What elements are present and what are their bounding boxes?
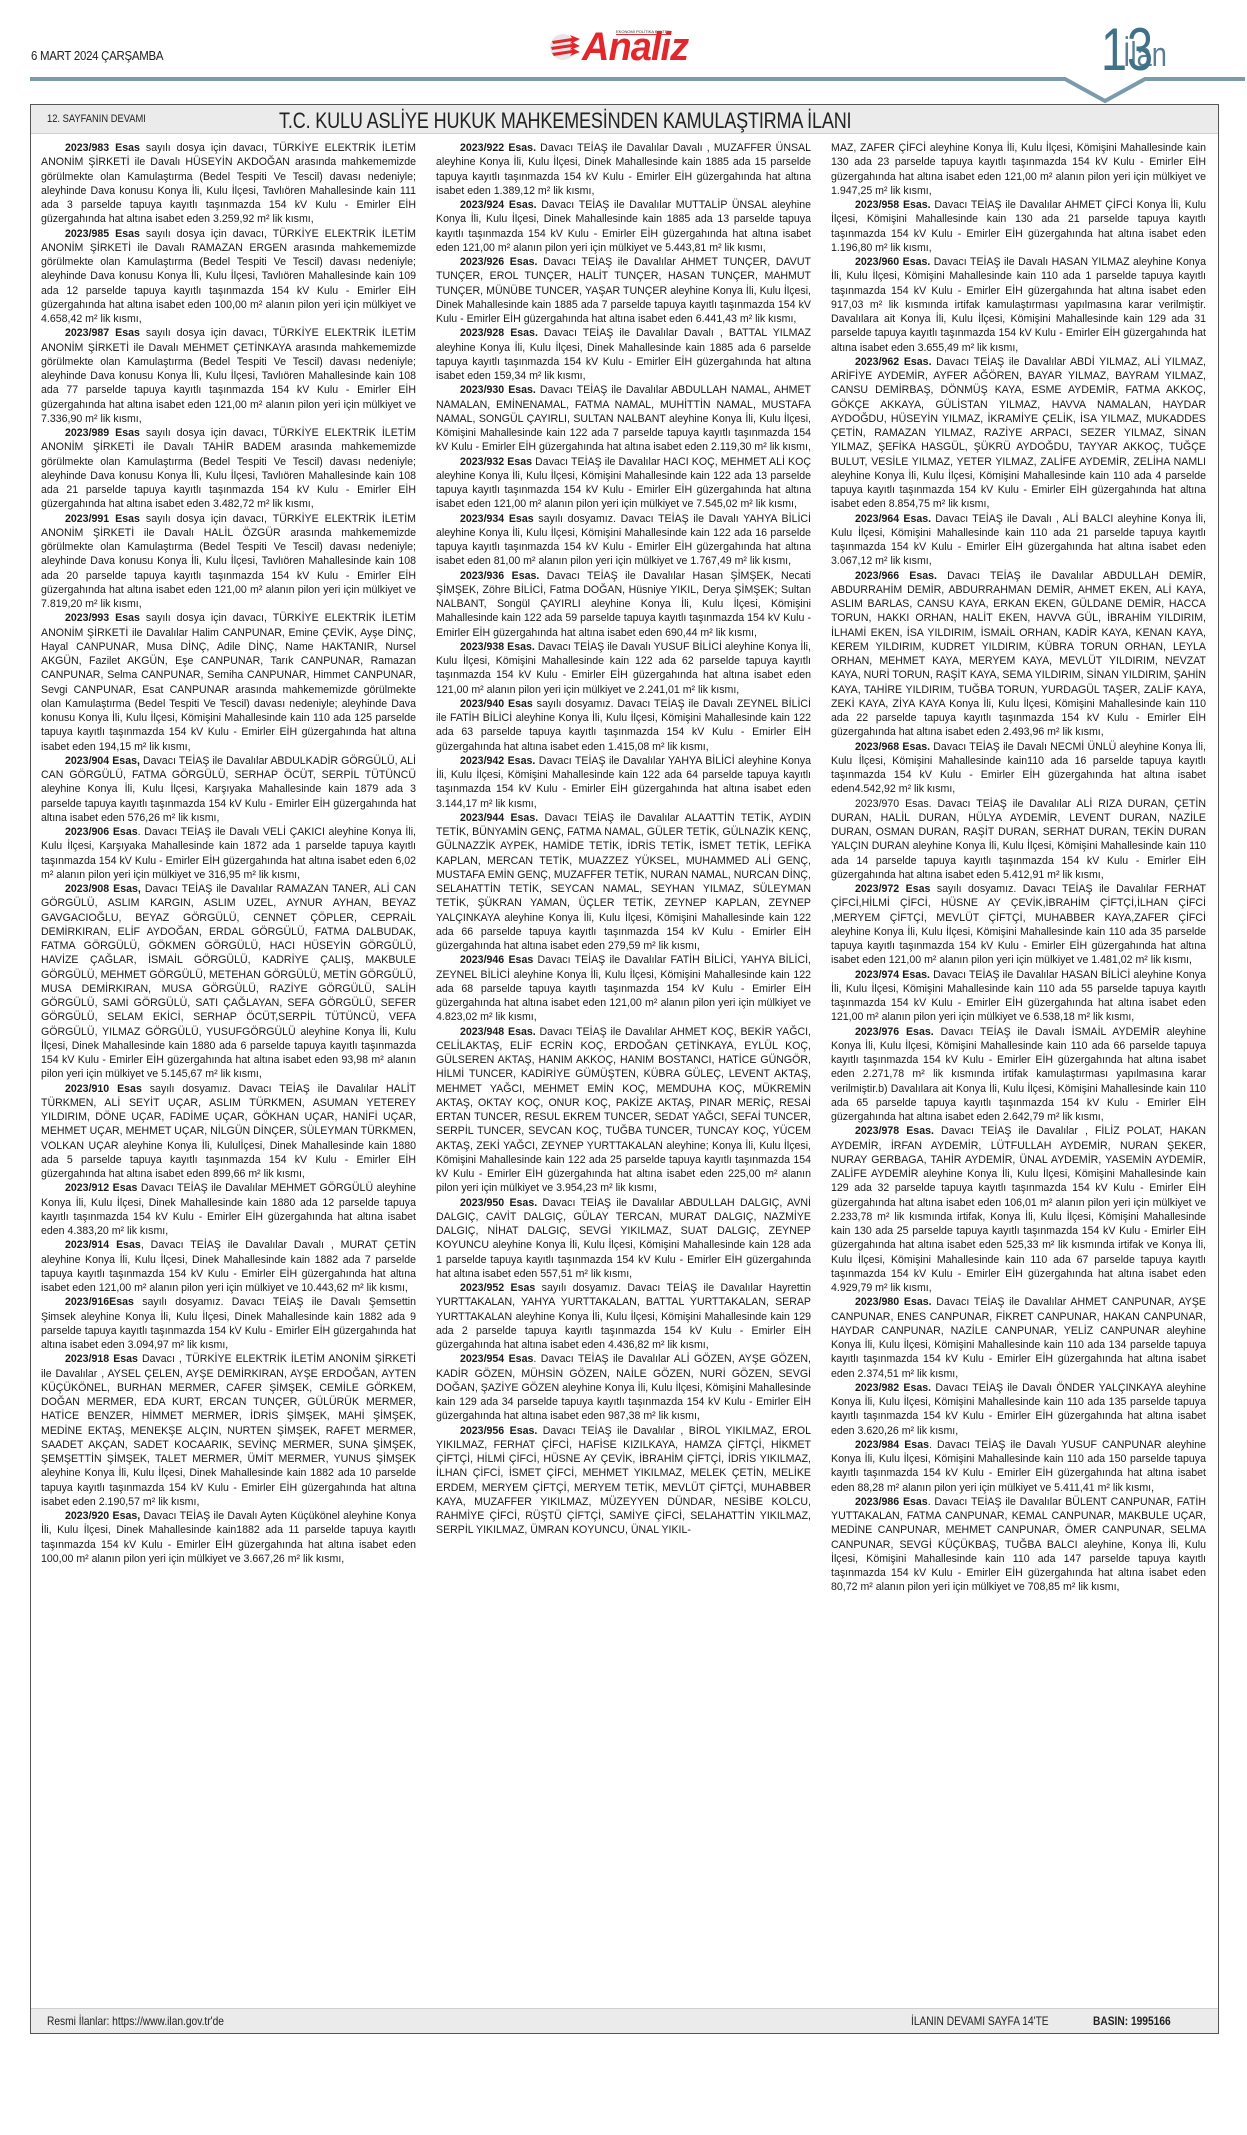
case-number: 2023/932 Esas [460, 456, 532, 468]
case-paragraph: 2023/924 Esas. Davacı TEİAŞ ile Davalıla… [436, 198, 811, 255]
case-paragraph: 2023/985 Esas sayılı dosya için davacı, … [41, 227, 416, 327]
case-text: sayılı dosya için davacı, TÜRKİYE ELEKTR… [41, 612, 416, 752]
globe-arrows-icon [548, 32, 582, 62]
case-paragraph: 2023/983 Esas sayılı dosya için davacı, … [41, 141, 416, 227]
case-paragraph: 2023/962 Esas. Davacı TEİAŞ ile Davalıla… [831, 355, 1206, 512]
case-paragraph: 2023/918 Esas Davacı , TÜRKİYE ELEKTRİK … [41, 1352, 416, 1509]
case-text: 2023/970 Esas. Davacı TEİAŞ ile Davalıla… [831, 798, 1206, 881]
case-text: sayılı dosya için davacı, TÜRKİYE ELEKTR… [41, 427, 416, 510]
case-number: 2023/930 Esas. [460, 384, 536, 396]
case-paragraph: 2023/908 Esas, Davacı TEİAŞ ile Davalıla… [41, 882, 416, 1082]
case-number: 2023/904 Esas, [65, 755, 140, 767]
case-number: 2023/966 Esas. [855, 570, 937, 582]
continued-from-label: 12. SAYFANIN DEVAMI [47, 113, 146, 125]
case-paragraph: 2023/928 Esas. Davacı TEİAŞ ile Davalıla… [436, 326, 811, 383]
case-number: 2023/982 Esas. [855, 1382, 931, 1394]
case-number: 2023/976 Esas. [855, 1026, 934, 1038]
case-text: MAZ, ZAFER ÇİFCİ aleyhine Konya İli, Kul… [831, 142, 1206, 197]
case-paragraph: 2023/948 Esas. Davacı TEİAŞ ile Davalıla… [436, 1025, 811, 1196]
case-number: 2023/918 Esas [65, 1353, 138, 1365]
case-paragraph: 2023/940 Esas sayılı dosyamız. Davacı TE… [436, 697, 811, 754]
case-paragraph: 2023/930 Esas. Davacı TEİAŞ ile Davalıla… [436, 383, 811, 454]
masthead: 6 MART 2024 ÇARŞAMBA EKONOMİ POLİTİKA BÜ… [0, 0, 1247, 110]
column-3: MAZ, ZAFER ÇİFCİ aleyhine Konya İli, Kul… [831, 141, 1206, 2001]
case-paragraph: 2023/934 Esas sayılı dosyamız. Davacı TE… [436, 512, 811, 569]
case-text: Davacı TEİAŞ ile Davalılar AHMET CANPUNA… [831, 1296, 1206, 1379]
case-paragraph: 2023/914 Esas, Davacı TEİAŞ ile Davalıla… [41, 1238, 416, 1295]
case-number: 2023/962 Esas. [855, 356, 932, 368]
case-number: 2023/944 Esas. [460, 812, 538, 824]
case-number: 2023/954 Esas [460, 1353, 533, 1365]
case-number: 2023/985 Esas [65, 228, 140, 240]
case-number: 2023/984 Esas [855, 1439, 929, 1451]
case-number: 2023/958 Esas. [855, 199, 931, 211]
case-paragraph: 2023/972 Esas sayılı dosyamız. Davacı TE… [831, 882, 1206, 968]
expropriation-notice: 12. SAYFANIN DEVAMI T.C. KULU ASLİYE HUK… [30, 104, 1219, 2034]
case-paragraph: 2023/968 Esas. Davacı TEİAŞ ile Davalı N… [831, 740, 1206, 797]
case-paragraph: 2023/938 Esas. Davacı TEİAŞ ile Davalı Y… [436, 640, 811, 697]
case-text: sayılı dosyamız. Davacı TEİAŞ ile Davalı… [41, 1083, 416, 1181]
case-paragraph: 2023/944 Esas. Davacı TEİAŞ ile Davalıla… [436, 811, 811, 954]
case-number: 2023/910 Esas [65, 1083, 142, 1095]
case-number: 2023/989 Esas [65, 427, 140, 439]
case-paragraph: 2023/956 Esas. Davacı TEİAŞ ile Davalıla… [436, 1424, 811, 1538]
case-paragraph: 2023/987 Esas sayılı dosya için davacı, … [41, 326, 416, 426]
case-text: Davacı TEİAŞ ile Davalılar AHMET KOÇ, BE… [436, 1026, 811, 1195]
case-paragraph: 2023/904 Esas, Davacı TEİAŞ ile Davalıla… [41, 754, 416, 825]
case-paragraph: 2023/970 Esas. Davacı TEİAŞ ile Davalıla… [831, 797, 1206, 883]
case-paragraph: 2023/916Esas sayılı dosyamız. Davacı TEİ… [41, 1295, 416, 1352]
case-number: 2023/948 Esas. [460, 1026, 536, 1038]
case-paragraph: 2023/993 Esas sayılı dosya için davacı, … [41, 611, 416, 754]
case-number: 2023/924 Esas. [460, 199, 537, 211]
case-paragraph: 2023/984 Esas. Davacı TEİAŞ ile Davalı Y… [831, 1438, 1206, 1495]
column-2: 2023/922 Esas. Davacı TEİAŞ ile Davalıla… [436, 141, 811, 2001]
case-paragraph: 2023/942 Esas. Davacı TEİAŞ ile Davalıla… [436, 754, 811, 811]
case-paragraph: 2023/922 Esas. Davacı TEİAŞ ile Davalıla… [436, 141, 811, 198]
case-text: Davacı TEİAŞ ile Davalılar RAMAZAN TANER… [41, 883, 416, 1080]
case-number: 2023/974 Esas. [855, 969, 930, 981]
notice-columns: 2023/983 Esas sayılı dosya için davacı, … [41, 141, 1206, 2001]
case-text: sayılı dosyamız. Davacı TEİAŞ ile Davalı… [831, 883, 1206, 966]
case-number: 2023/906 Esas [65, 826, 138, 838]
case-paragraph: 2023/966 Esas. Davacı TEİAŞ ile Davalıla… [831, 569, 1206, 740]
case-paragraph: 2023/964 Esas. Davacı TEİAŞ ile Davalı ,… [831, 512, 1206, 569]
case-text: . Davacı TEİAŞ ile Davalılar BÜLENT CANP… [831, 1496, 1206, 1594]
case-text: sayılı dosya için davacı, TÜRKİYE ELEKTR… [41, 327, 416, 425]
case-number: 2023/978 Esas. [855, 1125, 934, 1137]
column-1: 2023/983 Esas sayılı dosya için davacı, … [41, 141, 416, 2001]
case-paragraph: 2023/980 Esas. Davacı TEİAŞ ile Davalıla… [831, 1295, 1206, 1381]
case-paragraph: 2023/910 Esas sayılı dosyamız. Davacı TE… [41, 1082, 416, 1182]
case-number: 2023/942 Esas. [460, 755, 535, 767]
case-number: 2023/960 Esas. [855, 256, 930, 268]
case-number: 2023/922 Esas. [460, 142, 536, 154]
case-text: Davacı TEİAŞ ile Davalılar , BİROL YIKIL… [436, 1425, 811, 1537]
press-code: BASIN: 1995166 [1093, 2014, 1171, 2028]
case-text: Davacı TEİAŞ ile Davalılar ABDULLAH DEMİ… [831, 570, 1206, 739]
case-text: Davacı TEİAŞ ile Davalılar , FİLİZ POLAT… [831, 1125, 1206, 1294]
case-number: 2023/926 Esas. [460, 256, 538, 268]
case-paragraph: 2023/912 Esas Davacı TEİAŞ ile Davalılar… [41, 1181, 416, 1238]
case-text: sayılı dosya için davacı, TÜRKİYE ELEKTR… [41, 228, 416, 326]
case-paragraph: 2023/952 Esas sayılı dosyamız. Davacı TE… [436, 1281, 811, 1352]
case-paragraph: 2023/989 Esas sayılı dosya için davacı, … [41, 426, 416, 512]
official-ads-link[interactable]: Resmi İlanlar: https://www.ilan.gov.tr'd… [47, 2014, 224, 2028]
case-number: 2023/956 Esas. [460, 1425, 537, 1437]
case-paragraph: 2023/960 Esas. Davacı TEİAŞ ile Davalı H… [831, 255, 1206, 355]
case-number: 2023/983 Esas [65, 142, 140, 154]
case-paragraph: 2023/976 Esas. Davacı TEİAŞ ile Davalı İ… [831, 1025, 1206, 1125]
case-number: 2023/952 Esas [460, 1282, 535, 1294]
case-paragraph: 2023/950 Esas. Davacı TEİAŞ ile Davalıla… [436, 1196, 811, 1282]
case-number: 2023/972 Esas [855, 883, 930, 895]
notice-header: 12. SAYFANIN DEVAMI T.C. KULU ASLİYE HUK… [31, 105, 1218, 134]
case-paragraph: MAZ, ZAFER ÇİFCİ aleyhine Konya İli, Kul… [831, 141, 1206, 198]
case-paragraph: 2023/906 Esas. Davacı TEİAŞ ile Davalı V… [41, 825, 416, 882]
case-number: 2023/986 Esas [855, 1496, 928, 1508]
case-paragraph: 2023/932 Esas Davacı TEİAŞ ile Davalılar… [436, 455, 811, 512]
case-text: sayılı dosya için davacı, TÜRKİYE ELEKTR… [41, 513, 416, 611]
case-number: 2023/928 Esas. [460, 327, 538, 339]
case-text: Davacı , TÜRKİYE ELEKTRİK İLETİM ANONİM … [41, 1353, 416, 1508]
case-paragraph: 2023/982 Esas. Davacı TEİAŞ ile Davalı Ö… [831, 1381, 1206, 1438]
case-paragraph: 2023/974 Esas. Davacı TEİAŞ ile Davalıla… [831, 968, 1206, 1025]
case-number: 2023/980 Esas. [855, 1296, 932, 1308]
case-text: Davacı TEİAŞ ile Davalılar ALAATTİN TETİ… [436, 812, 811, 952]
case-number: 2023/908 Esas, [65, 883, 141, 895]
case-paragraph: 2023/991 Esas sayılı dosya için davacı, … [41, 512, 416, 612]
case-number: 2023/991 Esas [65, 513, 140, 525]
case-paragraph: 2023/958 Esas. Davacı TEİAŞ ile Davalıla… [831, 198, 1206, 255]
case-text: Davacı TEİAŞ ile Davalı HASAN YILMAZ ale… [831, 256, 1206, 354]
case-number: 2023/968 Esas. [855, 741, 930, 753]
notice-title: T.C. KULU ASLİYE HUKUK MAHKEMESİNDEN KAM… [279, 108, 851, 134]
case-number: 2023/916Esas [65, 1296, 134, 1308]
case-number: 2023/934 Esas [460, 513, 534, 525]
case-number: 2023/912 Esas [65, 1182, 137, 1194]
case-paragraph: 2023/936 Esas. Davacı TEİAŞ ile Davalıla… [436, 569, 811, 640]
case-text: Davacı TEİAŞ ile Davalı İSMAİL AYDEMİR a… [831, 1026, 1206, 1124]
case-text: Davacı TEİAŞ ile Davalılar ABDİ YILMAZ, … [831, 356, 1206, 511]
case-number: 2023/914 Esas [65, 1239, 141, 1251]
case-paragraph: 2023/978 Esas. Davacı TEİAŞ ile Davalıla… [831, 1124, 1206, 1295]
case-number: 2023/920 Esas, [65, 1510, 140, 1522]
case-number: 2023/964 Esas. [855, 513, 931, 525]
case-number: 2023/938 Esas. [460, 641, 535, 653]
case-number: 2023/940 Esas [460, 698, 533, 710]
case-paragraph: 2023/946 Esas Davacı TEİAŞ ile Davalılar… [436, 953, 811, 1024]
case-number: 2023/987 Esas [65, 327, 140, 339]
case-paragraph: 2023/954 Esas. Davacı TEİAŞ ile Davalıla… [436, 1352, 811, 1423]
case-number: 2023/946 Esas [460, 954, 533, 966]
case-text: sayılı dosya için davacı, TÜRKİYE ELEKTR… [41, 142, 416, 225]
case-number: 2023/993 Esas [65, 612, 140, 624]
continuation-note: İLANIN DEVAMI SAYFA 14'TE [911, 2014, 1049, 2028]
case-paragraph: 2023/926 Esas. Davacı TEİAŞ ile Davalıla… [436, 255, 811, 326]
case-number: 2023/936 Esas. [460, 570, 539, 582]
case-paragraph: 2023/986 Esas. Davacı TEİAŞ ile Davalıla… [831, 1495, 1206, 1595]
notice-footer: Resmi İlanlar: https://www.ilan.gov.tr'd… [31, 2008, 1218, 2033]
case-number: 2023/950 Esas. [460, 1197, 537, 1209]
case-paragraph: 2023/920 Esas, Davacı TEİAŞ ile Davalı A… [41, 1509, 416, 1566]
